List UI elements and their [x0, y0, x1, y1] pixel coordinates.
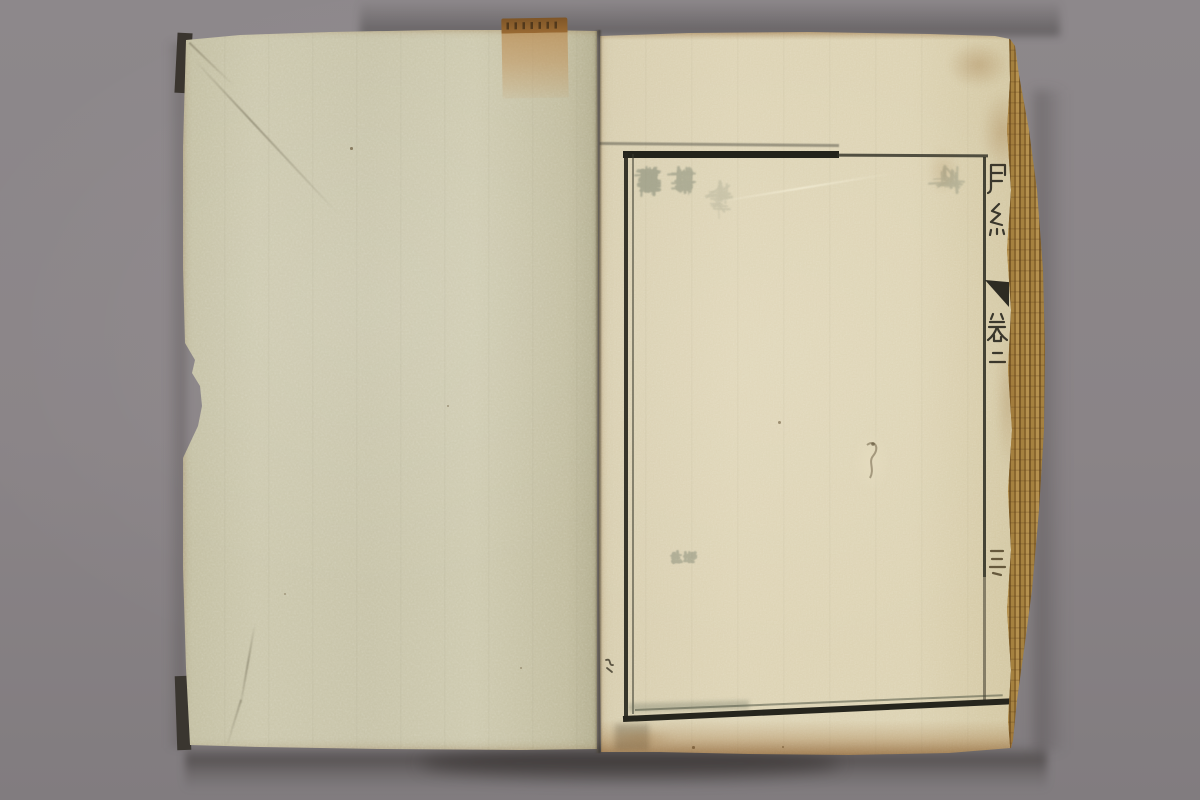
foxing-speck: [520, 667, 522, 669]
browning-blotch: [995, 330, 1023, 470]
paper-chain-lines: [180, 28, 600, 755]
paper-blemish: [857, 435, 885, 490]
foxing-speck: [284, 593, 286, 595]
photo-scene: [0, 0, 1200, 800]
small-ink-mark: [603, 658, 617, 676]
fishtail-marker: [985, 280, 1009, 307]
repair-label: [501, 17, 568, 98]
book-left-shadow: [166, 42, 186, 748]
gutter-seam: [595, 30, 602, 753]
title-char-partial-jing: [987, 202, 1007, 236]
browning-blotch: [605, 728, 675, 748]
left-page: [180, 28, 600, 755]
banxin-fold-column: [599, 30, 1046, 758]
right-page: [599, 30, 1046, 758]
repair-label-body: [502, 32, 569, 98]
blemish-curl: [859, 439, 883, 485]
foxing-speck: [782, 746, 784, 748]
page-number-chars: [987, 545, 1007, 577]
repair-label-tab: [501, 17, 567, 33]
foxing-speck: [447, 405, 449, 407]
browning-blotch: [981, 92, 1025, 172]
foxing-speck: [350, 147, 353, 150]
browning-blotch: [947, 42, 1009, 88]
browning-blotch: [927, 148, 959, 194]
foxing-speck: [778, 421, 781, 424]
foxing-speck: [692, 746, 695, 749]
